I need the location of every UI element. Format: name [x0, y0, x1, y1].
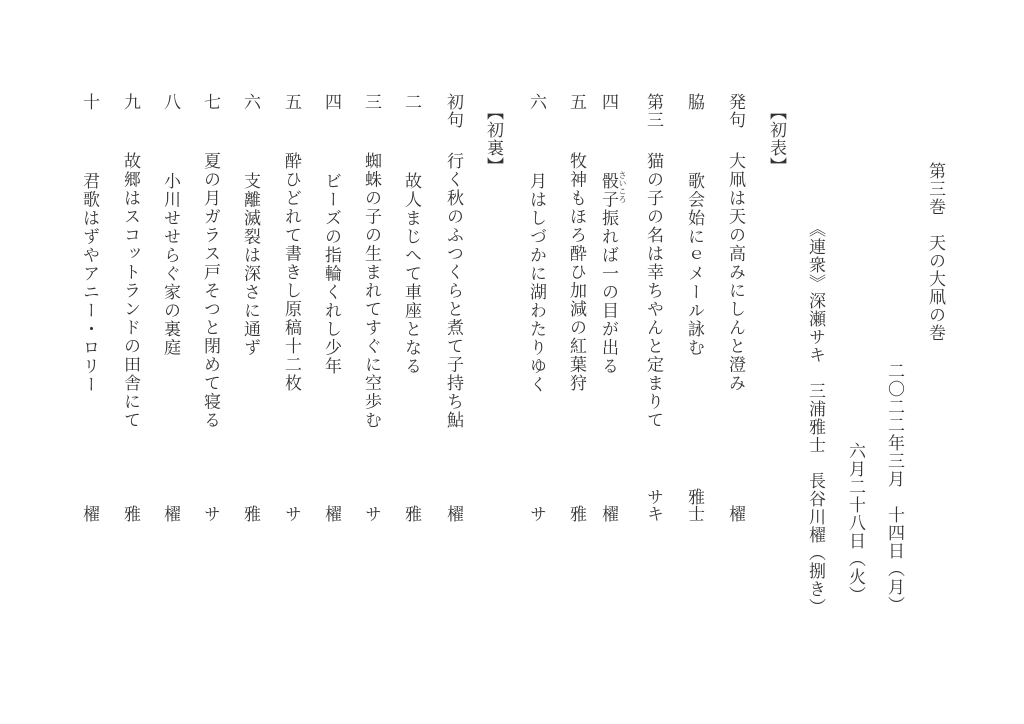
- verse-author: 櫂: [598, 505, 618, 522]
- verse-text: 行く秋のふつくらと煮て子持ち鮎: [443, 152, 463, 430]
- verse-author: 雅士: [684, 488, 704, 522]
- verse-text: 故人まじへて車座となる: [401, 172, 421, 376]
- verse-author: 櫂: [725, 505, 745, 522]
- verse-author: 櫂: [321, 505, 341, 522]
- verse-text: 酔ひどれて書きし原稿十二枚: [281, 152, 301, 393]
- verse-number: 四: [321, 93, 341, 111]
- verse-author: 雅: [240, 505, 260, 522]
- verse-number: 六: [526, 93, 546, 111]
- verse-author: 櫂: [443, 505, 463, 522]
- verse-number: 四: [598, 93, 618, 111]
- verse-text: 故郷はスコットランドの田舎にて: [120, 152, 140, 430]
- end-date: 六月二十八日（火）: [845, 442, 865, 604]
- verse-text: 君歌はずやアニー・ロリー: [79, 172, 99, 394]
- start-date: 二〇二二年三月 十四日（月）: [884, 362, 904, 614]
- verse-text: 支離滅裂は深さに通ず: [240, 172, 260, 357]
- verse-author: サキ: [643, 488, 663, 522]
- verse-text: 骰子振れば一の目が出る: [598, 172, 618, 376]
- verse-author: 雅: [566, 505, 586, 522]
- verse-text: 小川せせらぐ家の裏庭: [160, 172, 180, 357]
- verse-number: 五: [566, 93, 586, 111]
- verse-text: 蜘蛛の子の生まれてすぐに空歩む: [361, 152, 381, 430]
- verse-author: サ: [526, 505, 546, 522]
- verse-number: 六: [240, 93, 260, 111]
- verse-number: 五: [281, 93, 301, 111]
- verse-number: 九: [120, 93, 140, 111]
- verse-number: 発句: [725, 93, 745, 129]
- verse-author: サ: [200, 505, 220, 522]
- verse-number: 十: [79, 93, 99, 111]
- verse-text: 夏の月ガラス戸そつと閉めて寝る: [200, 152, 220, 430]
- verse-author: サ: [361, 505, 381, 522]
- verse-text: 大凧は天の高みにしんと澄み: [725, 152, 745, 393]
- verse-number: 脇: [684, 93, 704, 111]
- verse-number: 第三: [643, 93, 663, 129]
- verse-text: 歌会始にｅメール詠む: [684, 172, 704, 357]
- verse-number: 八: [160, 93, 180, 111]
- verse-author: 櫂: [79, 505, 99, 522]
- verse-author: サ: [281, 505, 301, 522]
- verse-number: 七: [200, 93, 220, 111]
- verse-author: 雅: [401, 505, 421, 522]
- verse-text: ビーズの指輪くれし少年: [321, 172, 341, 376]
- section-heading-shoura: 【初裏】: [483, 103, 503, 175]
- verse-text: 月はしづかに湖わたりゆく: [526, 172, 546, 394]
- verse-author: 櫂: [160, 505, 180, 522]
- verse-ruby: さいころ: [618, 171, 627, 203]
- verse-number: 二: [401, 93, 421, 111]
- verse-number: 三: [361, 93, 381, 111]
- verse-text: 猫の子の名は幸ちやんと定まりて: [643, 152, 663, 430]
- verse-number: 初句: [443, 93, 463, 129]
- verse-text: 牧神もほろ酔ひ加減の紅葉狩: [566, 152, 586, 393]
- section-heading-shoomote: 【初表】: [766, 103, 786, 175]
- verse-author: 雅: [120, 505, 140, 522]
- participants: 《連衆》深瀬サキ 三浦雅士 長谷川櫂（捌き）: [805, 220, 825, 616]
- scroll-title: 第三巻 天の大凧の巻: [925, 162, 945, 342]
